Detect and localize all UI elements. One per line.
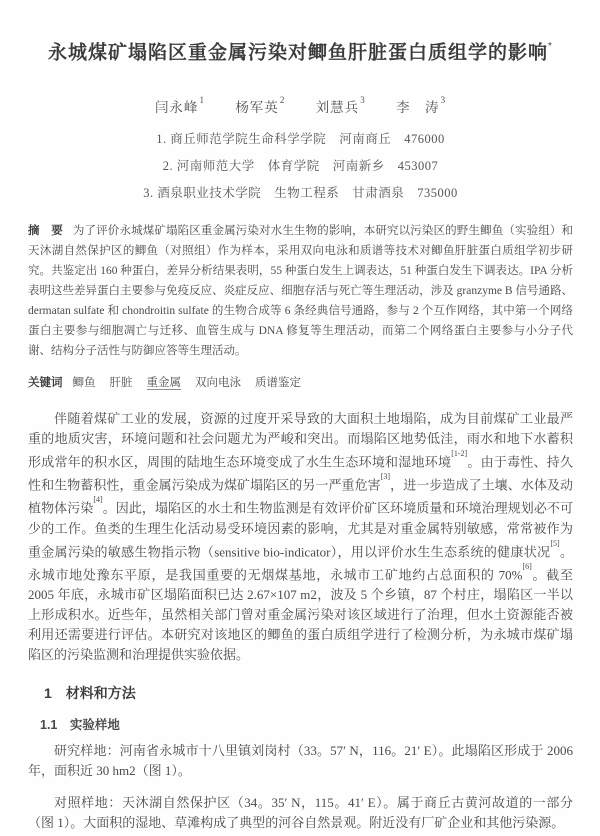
authors-line: 闫永峰1 杨军英2 刘慧兵3 李 涛3 xyxy=(28,96,573,116)
keywords-row: 关键词鲫鱼肝脏重金属双向电泳质谱鉴定 xyxy=(28,373,573,393)
affiliation-line: 3. 酒泉职业技术学院 生物工程系 甘肃酒泉 735000 xyxy=(28,180,573,207)
author-affil-sup: 3 xyxy=(360,95,366,105)
title-footnote-mark: * xyxy=(548,41,553,52)
keyword: 双向电泳 xyxy=(195,377,241,389)
abstract-text: 为了评价永城煤矿塌陷区重金属污染对水生生物的影响，本研究以污染区的野生鲫鱼（实验… xyxy=(28,225,573,357)
keyword: 质谱鉴定 xyxy=(255,377,301,389)
body-text: 伴随着煤矿工业的发展，资源的过度开采导致的大面积土地塌陷，成为目前煤矿工业最严重… xyxy=(28,409,573,666)
paper-title-text: 永城煤矿塌陷区重金属污染对鲫鱼肝脏蛋白质组学的影响 xyxy=(48,42,548,63)
author: 刘慧兵3 xyxy=(316,100,366,115)
affiliation-line: 2. 河南师范大学 体育学院 河南新乡 453007 xyxy=(28,153,573,180)
author-affil-sup: 2 xyxy=(280,95,286,105)
paper-page: 永城煤矿塌陷区重金属污染对鲫鱼肝脏蛋白质组学的影响* 闫永峰1 杨军英2 刘慧兵… xyxy=(0,0,600,836)
page-content: 永城煤矿塌陷区重金属污染对鲫鱼肝脏蛋白质组学的影响* 闫永峰1 杨军英2 刘慧兵… xyxy=(0,0,600,833)
keywords-label: 关键词 xyxy=(28,377,63,389)
keyword: 鲫鱼 xyxy=(73,377,96,389)
paragraph-control-site: 对照样地：天沐湖自然保护区（34。35′ N，115。41′ E）。属于商丘古黄… xyxy=(28,793,573,833)
keyword: 肝脏 xyxy=(110,377,133,389)
keyword: 重金属 xyxy=(147,377,182,390)
abstract-block: 摘 要为了评价永城煤矿塌陷区重金属污染对水生生物的影响，本研究以污染区的野生鲫鱼… xyxy=(28,221,573,361)
author-affil-sup: 3 xyxy=(441,95,447,105)
author: 闫永峰1 xyxy=(155,100,205,115)
affiliation-line: 1. 商丘师范学院生命科学学院 河南商丘 476000 xyxy=(28,126,573,153)
abstract-label: 摘 要 xyxy=(28,225,63,237)
paper-title: 永城煤矿塌陷区重金属污染对鲫鱼肝脏蛋白质组学的影响* xyxy=(28,36,573,66)
author-name: 杨军英 xyxy=(235,100,279,115)
intro-paragraph: 伴随着煤矿工业的发展，资源的过度开采导致的大面积土地塌陷，成为目前煤矿工业最严重… xyxy=(28,409,573,666)
paragraph-study-site: 研究样地：河南省永城市十八里镇刘岗村（33。57′ N，116。21′ E）。此… xyxy=(28,741,573,781)
author-name: 刘慧兵 xyxy=(316,100,360,115)
author-name: 闫永峰 xyxy=(155,100,199,115)
author: 杨军英2 xyxy=(235,100,285,115)
section-heading-methods: 1 材料和方法 xyxy=(44,683,573,703)
affiliations: 1. 商丘师范学院生命科学学院 河南商丘 476000 2. 河南师范大学 体育… xyxy=(28,126,573,207)
author: 李 涛3 xyxy=(396,100,446,115)
author-name: 李 涛 xyxy=(396,100,440,115)
author-affil-sup: 1 xyxy=(199,95,205,105)
subsection-heading-sample-sites: 1.1 实验样地 xyxy=(40,715,573,733)
